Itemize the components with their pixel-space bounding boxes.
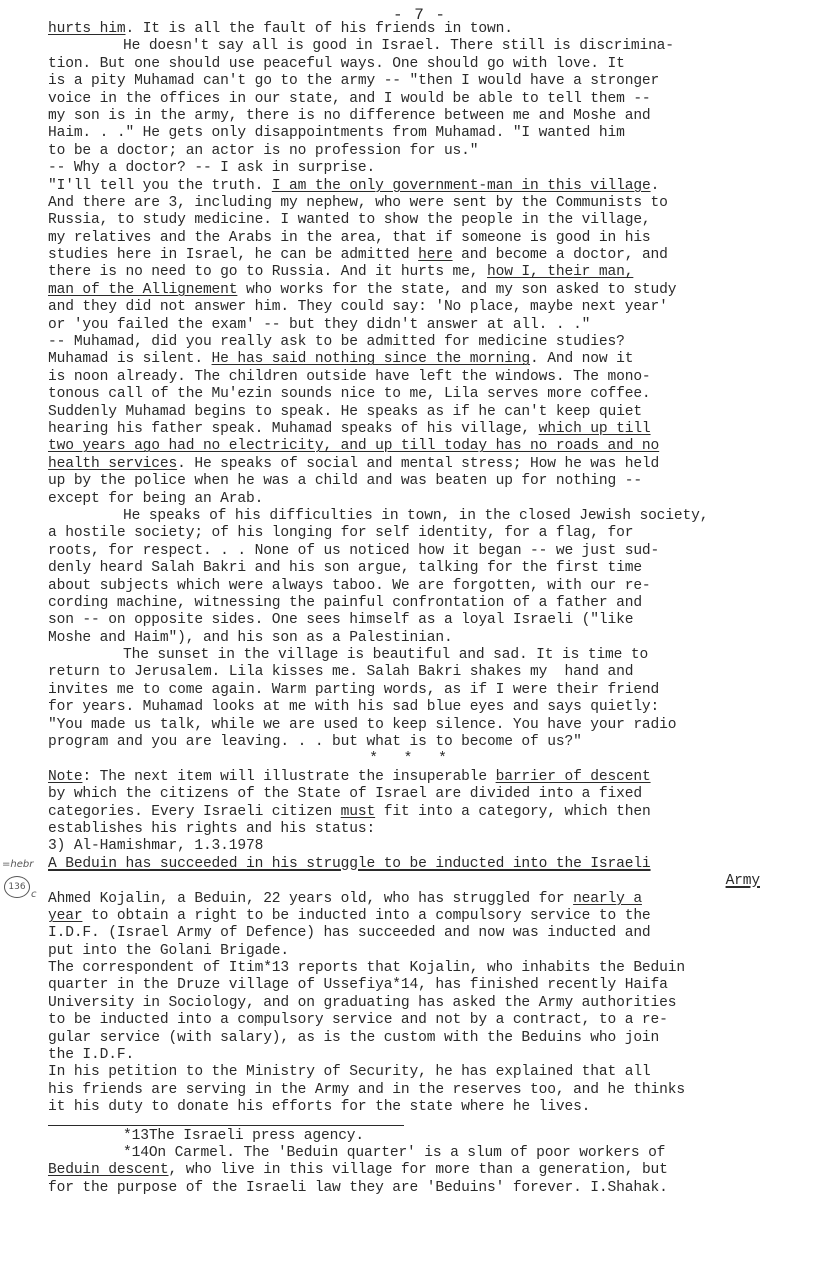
underlined-text: two years ago had no electricity, and up… xyxy=(48,438,659,454)
text-span: program and you are leaving. . . but wha… xyxy=(48,734,582,750)
text-span: He speaks of his difficulties in town, i… xyxy=(123,508,708,524)
text-line: man of the Allignement who works for the… xyxy=(48,282,838,299)
body-text: hurts him. It is all the fault of his fr… xyxy=(48,21,838,1117)
underlined-text: here xyxy=(418,247,452,263)
underlined-text: how I, their man, xyxy=(487,264,633,280)
text-span: or 'you failed the exam' -- but they did… xyxy=(48,317,590,333)
text-span: about subjects which were always taboo. … xyxy=(48,578,651,594)
text-span: denly heard Salah Bakri and his son argu… xyxy=(48,560,642,576)
text-span: Ahmed Kojalin, a Beduin, 22 years old, w… xyxy=(48,891,573,907)
text-line: A Beduin has succeeded in his struggle t… xyxy=(48,856,838,873)
text-span: . xyxy=(651,178,660,194)
text-span: up by the police when he was a child and… xyxy=(48,473,642,489)
text-line: up by the police when he was a child and… xyxy=(48,473,838,490)
text-line: by which the citizens of the State of Is… xyxy=(48,786,838,803)
text-span: -- Muhamad, did you really ask to be adm… xyxy=(48,334,625,350)
text-line: is a pity Muhamad can't go to the army -… xyxy=(48,73,838,90)
text-line: Haim. . ." He gets only disappointments … xyxy=(48,125,838,142)
text-span: is noon already. The children outside ha… xyxy=(48,369,651,385)
text-line: He speaks of his difficulties in town, i… xyxy=(48,508,838,525)
text-span: University in Sociology, and on graduati… xyxy=(48,995,676,1011)
text-line: his friends are serving in the Army and … xyxy=(48,1082,838,1099)
text-line: Army xyxy=(48,873,838,890)
footnotes: *13The Israeli press agency.*14On Carmel… xyxy=(48,1128,838,1198)
text-line: tion. But one should use peaceful ways. … xyxy=(48,56,838,73)
underlined-text: Army xyxy=(726,873,760,889)
text-line: cording machine, witnessing the painful … xyxy=(48,595,838,612)
text-line: The sunset in the village is beautiful a… xyxy=(48,647,838,664)
text-span: I.D.F. (Israel Army of Defence) has succ… xyxy=(48,925,651,941)
underlined-text: which up till xyxy=(539,421,651,437)
text-line: except for being an Arab. xyxy=(48,491,838,508)
text-span: to obtain a right to be inducted into a … xyxy=(82,908,650,924)
underlined-text: A Beduin has succeeded in his struggle t… xyxy=(48,856,651,872)
underlined-text: must xyxy=(341,804,375,820)
underlined-text: Note xyxy=(48,769,82,785)
text-span: son -- on opposite sides. One sees himse… xyxy=(48,612,633,628)
text-span: is a pity Muhamad can't go to the army -… xyxy=(48,73,659,89)
text-span: who works for the state, and my son aske… xyxy=(237,282,676,298)
underlined-text: He has said nothing since the morning xyxy=(212,351,530,367)
underlined-text: barrier of descent xyxy=(496,769,651,785)
text-line: voice in the offices in our state, and I… xyxy=(48,91,838,108)
text-line: program and you are leaving. . . but wha… xyxy=(48,734,838,751)
text-span: invites me to come again. Warm parting w… xyxy=(48,682,659,698)
text-span: : The next item will illustrate the insu… xyxy=(82,769,495,785)
text-line: quarter in the Druze village of Ussefiya… xyxy=(48,977,838,994)
text-line: the I.D.F. xyxy=(48,1047,838,1064)
text-line: Beduin descent, who live in this village… xyxy=(48,1162,838,1179)
text-span: *14On Carmel. The 'Beduin quarter' is a … xyxy=(123,1145,665,1161)
text-line: invites me to come again. Warm parting w… xyxy=(48,682,838,699)
text-line: In his petition to the Ministry of Secur… xyxy=(48,1064,838,1081)
text-line: The correspondent of Itim*13 reports tha… xyxy=(48,960,838,977)
text-span: tonous call of the Mu'ezin sounds nice t… xyxy=(48,386,651,402)
text-line: Note: The next item will illustrate the … xyxy=(48,769,838,786)
text-span: by which the citizens of the State of Is… xyxy=(48,786,642,802)
text-line: -- Why a doctor? -- I ask in surprise. xyxy=(48,160,838,177)
text-span: . He speaks of social and mental stress;… xyxy=(177,456,659,472)
text-span: categories. Every Israeli citizen xyxy=(48,804,341,820)
text-line: or 'you failed the exam' -- but they did… xyxy=(48,317,838,334)
text-line: Suddenly Muhamad begins to speak. He spe… xyxy=(48,404,838,421)
text-span: . It is all the fault of his friends in … xyxy=(125,21,512,37)
text-line: hearing his father speak. Muhamad speaks… xyxy=(48,421,838,438)
text-line: And there are 3, including my nephew, wh… xyxy=(48,195,838,212)
text-line: "I'll tell you the truth. I am the only … xyxy=(48,178,838,195)
text-line: -- Muhamad, did you really ask to be adm… xyxy=(48,334,838,351)
text-line: Ahmed Kojalin, a Beduin, 22 years old, w… xyxy=(48,891,838,908)
text-span: The correspondent of Itim*13 reports tha… xyxy=(48,960,685,976)
text-line: University in Sociology, and on graduati… xyxy=(48,995,838,1012)
text-span: Moshe and Haim"), and his son as a Pales… xyxy=(48,630,453,646)
underlined-text: health services xyxy=(48,456,177,472)
text-line: it his duty to donate his efforts for th… xyxy=(48,1099,838,1116)
underlined-text: Beduin descent xyxy=(48,1162,169,1178)
text-line: and they did not answer him. They could … xyxy=(48,299,838,316)
text-line: denly heard Salah Bakri and his son argu… xyxy=(48,560,838,577)
text-span: The sunset in the village is beautiful a… xyxy=(123,647,648,663)
text-span: cording machine, witnessing the painful … xyxy=(48,595,642,611)
text-line: is noon already. The children outside ha… xyxy=(48,369,838,386)
handwritten-mark: c xyxy=(31,889,37,900)
text-span: there is no need to go to Russia. And it… xyxy=(48,264,487,280)
text-span: Muhamad is silent. xyxy=(48,351,212,367)
text-line: for the purpose of the Israeli law they … xyxy=(48,1180,838,1197)
text-span: 3) Al-Hamishmar, 1.3.1978 xyxy=(48,838,263,854)
text-span: voice in the offices in our state, and I… xyxy=(48,91,651,107)
text-span: , who live in this village for more than… xyxy=(169,1162,668,1178)
text-line: return to Jerusalem. Lila kisses me. Sal… xyxy=(48,664,838,681)
text-line: tonous call of the Mu'ezin sounds nice t… xyxy=(48,386,838,403)
text-span: quarter in the Druze village of Ussefiya… xyxy=(48,977,668,993)
text-span: In his petition to the Ministry of Secur… xyxy=(48,1064,651,1080)
text-line: He doesn't say all is good in Israel. Th… xyxy=(48,38,838,55)
text-span: put into the Golani Brigade. xyxy=(48,943,289,959)
text-span: my relatives and the Arabs in the area, … xyxy=(48,230,651,246)
text-span: a hostile society; of his longing for se… xyxy=(48,525,633,541)
text-span: And there are 3, including my nephew, wh… xyxy=(48,195,668,211)
text-span: *13The Israeli press agency. xyxy=(123,1128,364,1144)
circled-item-number: 136 xyxy=(4,876,30,898)
text-span: * * * xyxy=(369,751,446,767)
text-line: a hostile society; of his longing for se… xyxy=(48,525,838,542)
text-line: Muhamad is silent. He has said nothing s… xyxy=(48,351,838,368)
text-span: . And now it xyxy=(530,351,633,367)
text-line: health services. He speaks of social and… xyxy=(48,456,838,473)
text-line: my relatives and the Arabs in the area, … xyxy=(48,230,838,247)
text-span: to be a doctor; an actor is no professio… xyxy=(48,143,478,159)
text-span: studies here in Israel, he can be admitt… xyxy=(48,247,418,263)
underlined-text: hurts him xyxy=(48,21,125,37)
text-line: to be inducted into a compulsory service… xyxy=(48,1012,838,1029)
text-span: gular service (with salary), as is the c… xyxy=(48,1030,659,1046)
text-line: put into the Golani Brigade. xyxy=(48,943,838,960)
text-line: two years ago had no electricity, and up… xyxy=(48,438,838,455)
text-span: for years. Muhamad looks at me with his … xyxy=(48,699,659,715)
text-line: *13The Israeli press agency. xyxy=(48,1128,838,1145)
text-line: 3) Al-Hamishmar, 1.3.1978 xyxy=(48,838,838,855)
text-line: to be a doctor; an actor is no professio… xyxy=(48,143,838,160)
text-line: roots, for respect. . . None of us notic… xyxy=(48,543,838,560)
handwritten-margin-note: =hebr xyxy=(2,859,33,870)
underlined-text: nearly a xyxy=(573,891,642,907)
text-span: "I'll tell you the truth. xyxy=(48,178,272,194)
text-line: * * * xyxy=(48,751,838,768)
text-span: except for being an Arab. xyxy=(48,491,263,507)
text-line: hurts him. It is all the fault of his fr… xyxy=(48,21,838,38)
text-span: establishes his rights and his status: xyxy=(48,821,375,837)
text-line: my son is in the army, there is no diffe… xyxy=(48,108,838,125)
text-span: to be inducted into a compulsory service… xyxy=(48,1012,668,1028)
text-span: my son is in the army, there is no diffe… xyxy=(48,108,651,124)
text-span: Haim. . ." He gets only disappointments … xyxy=(48,125,625,141)
text-span: fit into a category, which then xyxy=(375,804,650,820)
text-line: I.D.F. (Israel Army of Defence) has succ… xyxy=(48,925,838,942)
footnote-divider xyxy=(48,1125,404,1126)
text-span: the I.D.F. xyxy=(48,1047,134,1063)
text-line: year to obtain a right to be inducted in… xyxy=(48,908,838,925)
text-span: tion. But one should use peaceful ways. … xyxy=(48,56,625,72)
text-line: about subjects which were always taboo. … xyxy=(48,578,838,595)
text-line: son -- on opposite sides. One sees himse… xyxy=(48,612,838,629)
text-span: He doesn't say all is good in Israel. Th… xyxy=(123,38,674,54)
text-line: *14On Carmel. The 'Beduin quarter' is a … xyxy=(48,1145,838,1162)
text-line: Russia, to study medicine. I wanted to s… xyxy=(48,212,838,229)
text-line: categories. Every Israeli citizen must f… xyxy=(48,804,838,821)
text-line: studies here in Israel, he can be admitt… xyxy=(48,247,838,264)
text-line: "You made us talk, while we are used to … xyxy=(48,717,838,734)
text-span: his friends are serving in the Army and … xyxy=(48,1082,685,1098)
underlined-text: year xyxy=(48,908,82,924)
text-span: -- Why a doctor? -- I ask in surprise. xyxy=(48,160,375,176)
text-span: Suddenly Muhamad begins to speak. He spe… xyxy=(48,404,642,420)
text-line: there is no need to go to Russia. And it… xyxy=(48,264,838,281)
text-span: it his duty to donate his efforts for th… xyxy=(48,1099,590,1115)
text-span: roots, for respect. . . None of us notic… xyxy=(48,543,659,559)
text-span: return to Jerusalem. Lila kisses me. Sal… xyxy=(48,664,633,680)
underlined-text: man of the Allignement xyxy=(48,282,237,298)
text-line: establishes his rights and his status: xyxy=(48,821,838,838)
text-span: and they did not answer him. They could … xyxy=(48,299,668,315)
text-span: and become a doctor, and xyxy=(453,247,668,263)
text-line: gular service (with salary), as is the c… xyxy=(48,1030,838,1047)
text-line: for years. Muhamad looks at me with his … xyxy=(48,699,838,716)
document-body: hurts him. It is all the fault of his fr… xyxy=(48,21,838,1197)
text-span: "You made us talk, while we are used to … xyxy=(48,717,676,733)
text-line: Moshe and Haim"), and his son as a Pales… xyxy=(48,630,838,647)
text-span: Russia, to study medicine. I wanted to s… xyxy=(48,212,651,228)
text-span: hearing his father speak. Muhamad speaks… xyxy=(48,421,539,437)
text-span: for the purpose of the Israeli law they … xyxy=(48,1180,668,1196)
underlined-text: I am the only government-man in this vil… xyxy=(272,178,651,194)
